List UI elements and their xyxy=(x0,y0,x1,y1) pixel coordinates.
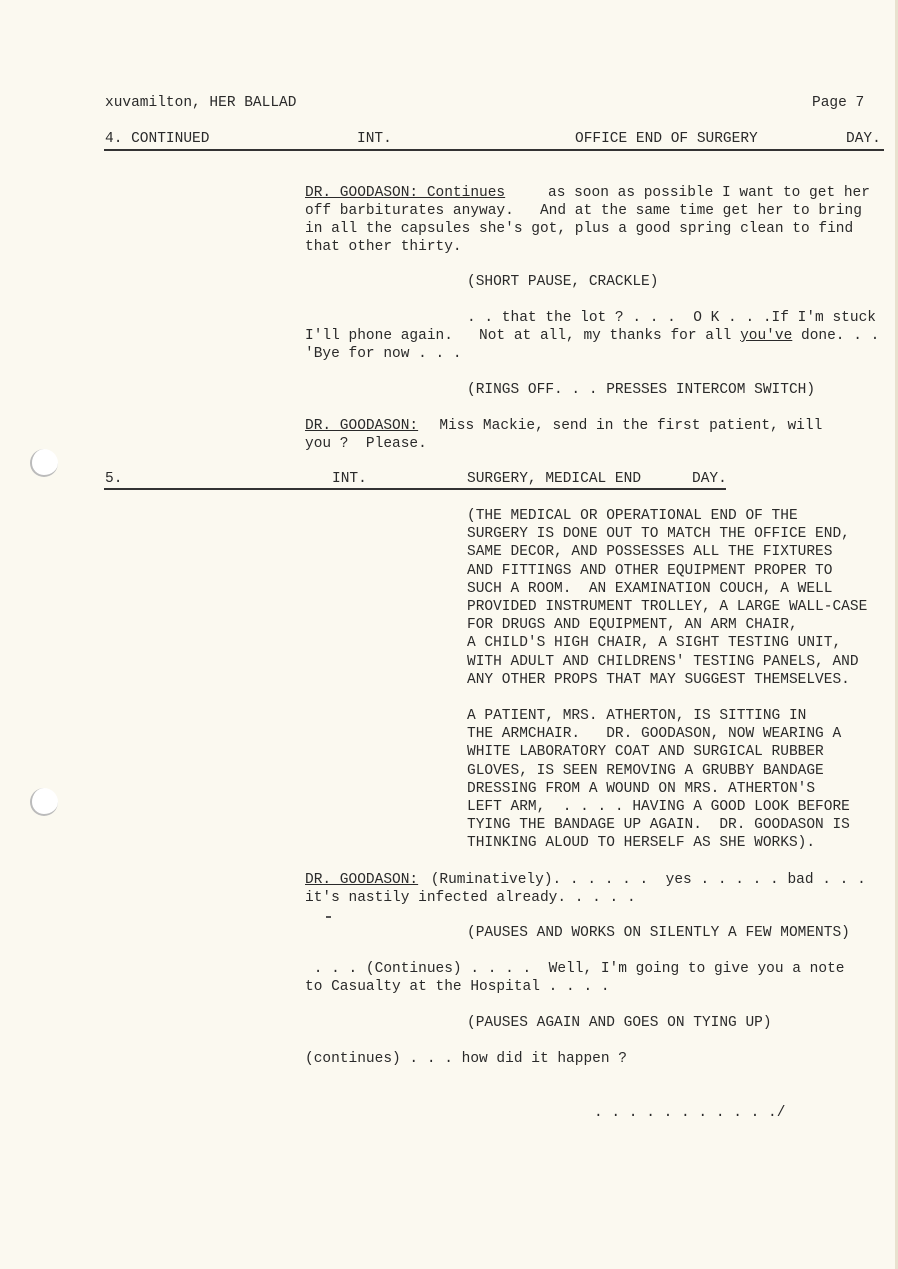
scene-int: INT. xyxy=(332,470,367,488)
dialogue-text: I'll phone again. Not at all, my thanks … xyxy=(305,328,740,344)
description-line: TYING THE BANDAGE UP AGAIN. DR. GOODASON… xyxy=(467,816,850,834)
description-line: GLOVES, IS SEEN REMOVING A GRUBBY BANDAG… xyxy=(467,762,824,780)
stray-mark xyxy=(326,916,331,918)
emphasis-text: you've xyxy=(740,328,792,344)
description-line: A PATIENT, MRS. ATHERTON, IS SITTING IN xyxy=(467,707,806,725)
dialogue-line: (continues) . . . how did it happen ? xyxy=(305,1050,627,1068)
dialogue-line: you ? Please. xyxy=(305,435,427,453)
description-line: ANY OTHER PROPS THAT MAY SUGGEST THEMSEL… xyxy=(467,671,850,689)
scene-location: SURGERY, MEDICAL END xyxy=(467,470,641,488)
dialogue-line: I'll phone again. Not at all, my thanks … xyxy=(305,327,879,345)
dialogue-line: Miss Mackie, send in the first patient, … xyxy=(422,417,822,435)
description-line: WHITE LABORATORY COAT AND SURGICAL RUBBE… xyxy=(467,743,824,761)
scene-time: DAY. xyxy=(692,470,727,488)
script-title: xuvamilton, HER BALLAD xyxy=(105,94,296,112)
dialogue-line: . . that the lot ? . . . O K . . .If I'm… xyxy=(467,309,876,327)
description-line: THINKING ALOUD TO HERSELF AS SHE WORKS). xyxy=(467,834,815,852)
dialogue-line: that other thirty. xyxy=(305,238,462,256)
dialogue-line: in all the capsules she's got, plus a go… xyxy=(305,220,853,238)
description-line: PROVIDED INSTRUMENT TROLLEY, A LARGE WAL… xyxy=(467,598,867,616)
description-line: SURGERY IS DONE OUT TO MATCH THE OFFICE … xyxy=(467,525,850,543)
description-line: THE ARMCHAIR. DR. GOODASON, NOW WEARING … xyxy=(467,725,841,743)
description-line: SUCH A ROOM. AN EXAMINATION COUCH, A WEL… xyxy=(467,580,832,598)
description-line: DRESSING FROM A WOUND ON MRS. ATHERTON'S xyxy=(467,780,815,798)
description-line: A CHILD'S HIGH CHAIR, A SIGHT TESTING UN… xyxy=(467,634,841,652)
stage-direction: (SHORT PAUSE, CRACKLE) xyxy=(467,273,658,291)
dialogue-line: as soon as possible I want to get her xyxy=(548,184,870,202)
scene-int: INT. xyxy=(357,130,392,148)
continued-mark: . . . . . . . . . . ./ xyxy=(594,1104,785,1122)
speaker-name: DR. GOODASON: xyxy=(305,417,418,435)
description-line: (THE MEDICAL OR OPERATIONAL END OF THE xyxy=(467,507,798,525)
punch-hole xyxy=(30,449,58,477)
punch-hole xyxy=(30,788,58,816)
description-line: AND FITTINGS AND OTHER EQUIPMENT PROPER … xyxy=(467,562,832,580)
scene-location: OFFICE END OF SURGERY xyxy=(575,130,758,148)
speaker-name: DR. GOODASON: xyxy=(305,871,418,889)
description-line: FOR DRUGS AND EQUIPMENT, AN ARM CHAIR, xyxy=(467,616,798,634)
dialogue-line: . . . (Continues) . . . . Well, I'm goin… xyxy=(305,960,845,978)
description-line: SAME DECOR, AND POSSESSES ALL THE FIXTUR… xyxy=(467,543,832,561)
stage-direction: (PAUSES AGAIN AND GOES ON TYING UP) xyxy=(467,1014,772,1032)
scene-heading-rule xyxy=(104,488,726,490)
dialogue-text: done. . . xyxy=(792,328,879,344)
scene-heading-rule xyxy=(104,149,884,151)
dialogue-line: (Ruminatively). . . . . . yes . . . . . … xyxy=(422,871,866,889)
dialogue-line: 'Bye for now . . . xyxy=(305,345,462,363)
dialogue-line: it's nastily infected already. . . . . xyxy=(305,889,636,907)
description-line: LEFT ARM, . . . . HAVING A GOOD LOOK BEF… xyxy=(467,798,850,816)
speaker-name: DR. GOODASON: Continues xyxy=(305,184,505,202)
stage-direction: (RINGS OFF. . . PRESSES INTERCOM SWITCH) xyxy=(467,381,815,399)
description-line: WITH ADULT AND CHILDRENS' TESTING PANELS… xyxy=(467,653,859,671)
page-number: Page 7 xyxy=(812,94,864,112)
stage-direction: (PAUSES AND WORKS ON SILENTLY A FEW MOME… xyxy=(467,924,850,942)
scene-time: DAY. xyxy=(846,130,881,148)
dialogue-line: off barbiturates anyway. And at the same… xyxy=(305,202,862,220)
scene-number: 5. xyxy=(105,470,122,488)
scene-number: 4. CONTINUED xyxy=(105,130,209,148)
dialogue-line: to Casualty at the Hospital . . . . xyxy=(305,978,610,996)
